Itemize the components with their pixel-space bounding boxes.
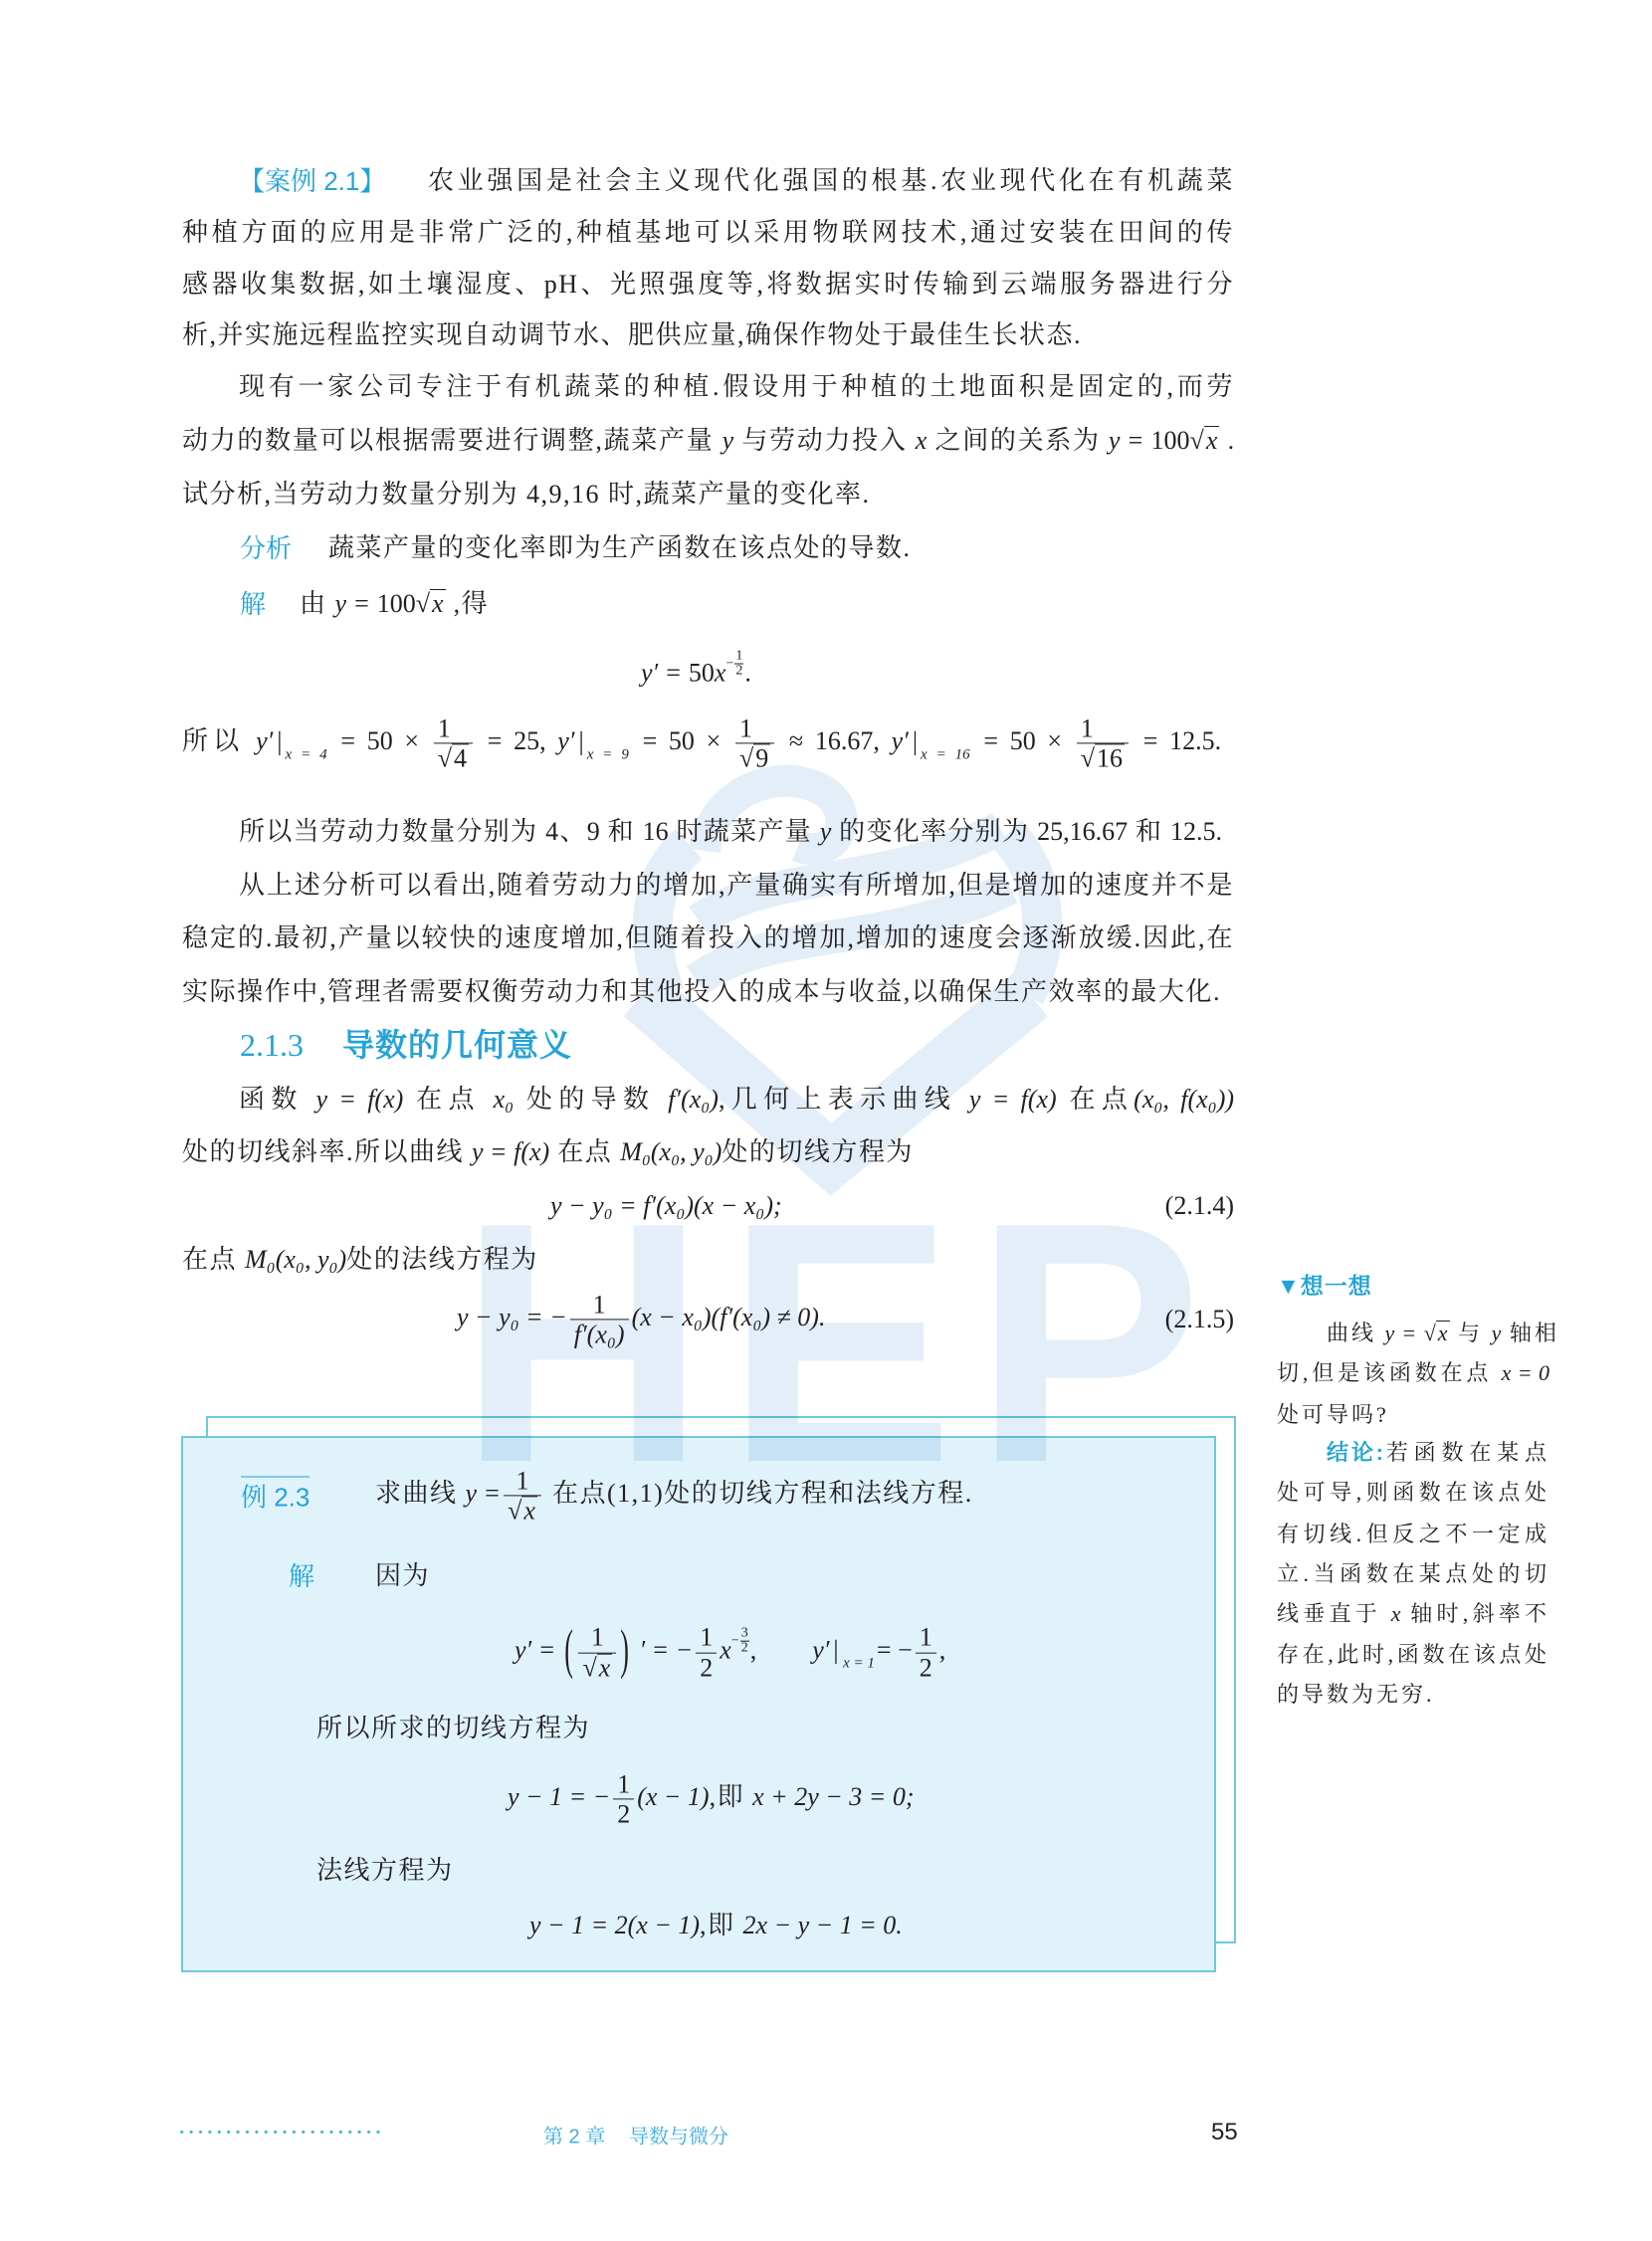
solution-intro: 由 y = 100√x ,得 [300,584,489,624]
text-segment: ,即 [710,1782,745,1811]
variable-x: x [1391,1601,1401,1626]
text-segment: 所以当劳动力数量分别为 4、9 和 16 时蔬菜产量 [239,817,812,846]
equals-sign: = [354,589,369,618]
exponent-fraction: 12 [734,649,743,679]
derivative-formula: y′ = 50x−12. [641,645,751,694]
evaluation-point: x = 16 [919,746,972,762]
variable-y: y [820,817,832,846]
radicand: x [597,1653,613,1681]
numerator: 1 [734,649,743,664]
case-study-question: 试分析,当劳动力数量分别为 4,9,16 时,蔬菜产量的变化率. [182,475,871,514]
separator: , [539,726,546,755]
normal-equation: y − 1 = 2(x − 1),即 2x − y − 1 = 0. [529,1906,903,1945]
math-expression: y = [466,1479,502,1508]
derivative-symbol: y′ = [515,1636,555,1665]
radicand: x [430,589,446,617]
numerator: 1 [570,1290,629,1319]
text-segment: 动力的数量可以根据需要进行调整,蔬菜产量 [182,426,714,455]
text-segment: 切,但是该函数在点 [1277,1360,1492,1385]
evaluation-bar: | [273,726,283,755]
denominator: √4 [434,743,473,773]
sqrt-icon: √ [1081,744,1095,773]
margin-note-line: 立.当函数在某点处的切 [1277,1558,1549,1590]
discussion-line: 从上述分析可以看出,随着劳动力的增加,产量确实有所增加,但是增加的速度并不是 [239,866,1234,906]
radicand: 4 [452,744,469,772]
case-study-line: 种植方面的应用是非常广泛的,种植基地可以采用物联网技术,通过安装在田间的传 [182,213,1234,253]
footer-dotted-rule [177,2130,383,2135]
equation-number: (2.1.4) [1115,1186,1234,1226]
numerator: 1 [504,1466,541,1495]
margin-note-title: ▼想一想 [1277,1270,1372,1302]
denominator: 2 [696,1652,717,1682]
period: . [744,659,751,688]
text-segment: 处的切线斜率.所以曲线 [182,1137,464,1166]
denominator: f′(x₀) [570,1320,629,1349]
separator: , [939,1636,946,1665]
radicand: x [1204,426,1220,454]
equation-lhs: y − y₀ = − [457,1303,567,1331]
text-segment: 处的法线方程为 [346,1245,538,1274]
equals-sign: = [666,659,681,688]
example-because: 因为 [375,1556,430,1596]
section-title: 导数的几何意义 [342,1025,572,1065]
example-solution-label: 解 [289,1556,314,1596]
result: = 12.5 [1143,726,1215,755]
operator: = − [877,1636,913,1665]
sqrt-icon: √ [582,1653,596,1682]
denominator: 2 [734,664,743,680]
separator: , [873,726,880,755]
fraction: 1√4 [434,713,473,772]
variable-y: y [1385,1321,1395,1345]
square-root: √16 [1081,744,1125,773]
numerator: 1 [578,1623,616,1652]
sqrt-icon: √ [508,1497,521,1526]
derivative-symbol: y′ [812,1636,829,1665]
analysis-label: 分析 [240,528,292,568]
separator: , [750,1636,757,1665]
definition-line: 处的切线斜率.所以曲线 y = f(x) 在点 M₀(x₀, y₀)处的切线方程… [182,1132,914,1172]
evaluation-point: x = 4 [284,746,329,762]
exponent-sign: − [725,657,733,672]
sqrt-icon: √ [416,584,430,624]
exponent: −12 [725,645,744,685]
normal-intro: 法线方程为 [316,1851,454,1891]
example-label: 例 2.3 [241,1477,310,1516]
equation-number: (2.1.5) [1115,1300,1234,1339]
text-segment: 轴相 [1510,1321,1559,1345]
point-slope-form: y − 1 = 2(x − 1) [529,1911,700,1939]
text-segment: ,即 [700,1911,735,1939]
text-segment: ,得 [454,589,490,618]
result: ≈ 16.67 [789,726,873,755]
denominator: 2 [613,1799,634,1829]
text-segment: 函数 [239,1085,304,1114]
footer-chapter: 第 2 章 [543,2121,605,2149]
fraction: 1√16 [1077,713,1129,772]
equals-sign: = [1403,1321,1415,1345]
text-segment: 的变化率分别为 25,16.67 和 12.5. [839,817,1222,846]
math-expression: M₀(x₀, y₀) [620,1137,722,1166]
text-segment: 与 [1458,1321,1483,1345]
example-problem: 求曲线 y =1√x 在点(1,1)处的切线方程和法线方程. [375,1466,973,1525]
math-expression: x₀ [494,1085,515,1114]
numerator: 1 [916,1623,936,1652]
evaluation-bar: | [575,726,585,755]
derivative-symbol: y′ [557,726,574,755]
variable-x: x [916,426,928,455]
text-segment: 在点 [557,1137,612,1166]
evaluation-point: x = 1 [841,1656,877,1672]
evaluation-bar: | [909,726,919,755]
variable-y: y [723,426,734,455]
analysis-text: 蔬菜产量的变化率即为生产函数在该点处的导数. [328,528,912,568]
derivative-symbol: y′ [641,659,658,688]
numerator: 1 [696,1623,717,1652]
text-segment: 由 [300,589,327,618]
fraction: 1√x [578,1623,616,1682]
margin-note-line: 线垂直于 x 轴时,斜率不 [1277,1598,1549,1630]
variable-x: x [720,1636,731,1665]
case-study-line: 农业强国是社会主义现代化强国的根基.农业现代化在有机蔬菜 [428,161,1234,201]
square-root: √x [1424,1318,1450,1349]
margin-note-line: 处可导吗? [1277,1399,1389,1431]
text-segment: 在点 [1070,1085,1135,1114]
solution-conclusion: 所以当劳动力数量分别为 4、9 和 16 时蔬菜产量 y 的变化率分别为 25,… [239,812,1222,852]
formula-coefficient: 100 [1151,426,1190,455]
text-segment: 处的导数 [526,1085,655,1114]
radicand: 9 [753,744,770,772]
derivative-symbol: y′ [256,726,273,755]
text-segment: 之间的关系为 [935,426,1101,455]
sqrt-icon: √ [438,744,452,773]
discussion-line: 稳定的.最初,产量以较快的速度增加,但随着投入的增加,增加的速度会逐渐放缓.因此… [182,918,1234,958]
equation-rhs: (x − 1) [637,1782,709,1811]
margin-note-line: 的导数为无穷. [1277,1679,1435,1711]
denominator: √16 [1077,743,1129,773]
numerator: 1 [1077,713,1129,742]
square-root: √x [508,1497,537,1526]
fraction: 1√9 [735,713,774,772]
text-segment: 线垂直于 [1277,1601,1381,1626]
numerator: 1 [735,713,774,742]
margin-note-line: 结论:若函数在某点 [1327,1437,1549,1469]
case-study-label: 【案例 2.1】 [239,161,385,201]
sqrt-icon: √ [1190,421,1204,461]
period: . [1228,426,1235,455]
variable-y: y [335,589,347,618]
numerator: 1 [613,1769,634,1798]
margin-note-line: 有切线.但反之不一定成 [1277,1519,1549,1550]
math-expression: M₀(x₀, y₀) [245,1245,346,1274]
evaluation-point: x = 9 [585,746,631,762]
fraction: 12 [916,1623,936,1682]
normal-line-intro: 在点 M₀(x₀, y₀)处的法线方程为 [182,1240,538,1280]
operator: = 50 × [340,726,419,755]
discussion-line: 实际操作中,管理者需要权衡劳动力和其他投入的成本与收益,以确保生产效率的最大化. [182,972,1221,1012]
square-root: √x [1190,421,1220,461]
radicand: x [1436,1321,1450,1344]
math-expression: y = f(x) [969,1085,1057,1114]
denominator: √x [504,1496,541,1526]
derivative-symbol: y′ [892,726,909,755]
text-segment: 处的切线方程为 [722,1137,914,1166]
math-expression: y = f(x) [315,1085,403,1114]
formula-coefficient: 100 [377,589,416,618]
sqrt-icon: √ [1424,1318,1436,1349]
normal-line-equation: y − y₀ = −1f′(x₀)(x − x₀)(f′(x₀) ≠ 0). [457,1290,825,1348]
math-expression: f′(x₀) [668,1085,719,1114]
left-paren: ( [563,1609,575,1693]
square-root: √x [582,1653,612,1682]
equals-sign: = [1129,426,1143,455]
radicand: 16 [1095,744,1125,772]
numerator: 3 [740,1626,749,1641]
general-form: 2x − y − 1 = 0. [743,1911,903,1939]
tangent-equation: y − 1 = −12(x − 1),即 x + 2y − 3 = 0; [508,1769,914,1828]
numerator: 1 [434,713,473,742]
example-derivative-formula: y′ = (1√x) ′ = −12x−32, y′|x = 1= −12, [515,1622,945,1683]
math-expression: x = 0 [1502,1360,1549,1385]
text-segment: 轴时,斜率不 [1410,1601,1549,1626]
general-form: x + 2y − 3 = 0; [752,1782,914,1811]
operator: = 50 × [983,726,1062,755]
text-segment: 在点(1,1)处的切线方程和法线方程. [552,1479,973,1508]
page-number: 55 [1211,2119,1238,2146]
margin-note-line: 存在,此时,函数在该点处 [1277,1639,1549,1671]
math-expression: (x₀, f(x₀)) [1134,1085,1234,1114]
sqrt-icon: √ [739,744,753,773]
tangent-intro: 所以所求的切线方程为 [316,1709,590,1748]
equation-rhs: (x − x₀)(f′(x₀) ≠ 0). [632,1303,826,1331]
math-expression: y = f(x) [472,1137,549,1166]
denominator: √9 [735,743,774,773]
square-root: √4 [438,744,469,773]
right-paren: ) [619,1609,631,1693]
square-root: √x [416,584,446,624]
exponent-fraction: 32 [740,1626,749,1656]
section-number: 2.1.3 [240,1025,304,1065]
equation-lhs: y − 1 = − [508,1782,610,1811]
prime-equals: ′ = − [639,1636,693,1665]
footer-chapter-title: 导数与微分 [629,2121,728,2149]
margin-note-line: 切,但是该函数在点 x = 0 [1277,1357,1549,1389]
text-segment: 所以 [182,726,244,755]
exponent-sign: − [731,1634,739,1649]
margin-note-line: 曲线 y = √x 与 y 轴相 [1327,1318,1549,1349]
text-segment: 曲线 [1327,1321,1376,1345]
fraction: 12 [696,1623,717,1682]
case-study-line: 析,并实施远程监控实现自动调节水、肥供应量,确保作物处于最佳生长状态. [182,315,1082,355]
square-root: √9 [739,744,770,773]
separator: . [1215,726,1222,755]
derivative-evaluations: 所以 y′|x = 4 = 50 × 1√4 = 25, y′|x = 9 = … [182,713,1221,772]
denominator: 2 [916,1652,936,1682]
solution-label: 解 [240,584,266,624]
exponent: −32 [731,1622,750,1662]
evaluation-bar: | [829,1636,841,1665]
text-segment: ,几何上表示曲线 [719,1085,956,1114]
case-study-line: 现有一家公司专注于有机蔬菜的种植.假设用于种植的土地面积是固定的,而劳 [239,367,1234,407]
text-segment: 在点 [416,1085,481,1114]
variable-y: y [1492,1321,1502,1345]
formula-coefficient: 50 [689,659,715,688]
variable-x: x [715,659,726,688]
text-segment: 在点 [182,1245,237,1274]
text-segment: 与劳动力投入 [741,426,907,455]
margin-note-line: 处可导,则函数在该点处 [1277,1477,1549,1509]
case-study-line: 感器收集数据,如土壤湿度、pH、光照强度等,将数据实时传输到云端服务器进行分 [182,265,1234,305]
result: = 25 [488,726,539,755]
conclusion-label: 结论: [1327,1440,1383,1465]
definition-line: 函数 y = f(x) 在点 x₀ 处的导数 f′(x₀),几何上表示曲线 y … [239,1080,1234,1120]
denominator: √x [578,1652,616,1682]
operator: = 50 × [643,726,722,755]
fraction: 1√x [504,1466,541,1525]
text-segment: 若函数在某点 [1383,1440,1549,1465]
formula-lhs: y [1109,426,1121,455]
tangent-line-equation: y − y₀ = f′(x₀)(x − x₀); [550,1186,782,1226]
production-function-line: 动力的数量可以根据需要进行调整,蔬菜产量 y 与劳动力投入 x 之间的关系为 y… [182,421,1234,461]
textbook-page: HEP 【案例 2.1】 农业强国是社会主义现代化强国的根基.农业现代化在有机蔬… [0,0,1652,2241]
text-segment: 求曲线 [375,1479,458,1508]
fraction: 12 [613,1769,634,1828]
denominator: 2 [740,1641,749,1657]
radicand: x [521,1497,537,1525]
fraction: 1f′(x₀) [570,1290,629,1348]
